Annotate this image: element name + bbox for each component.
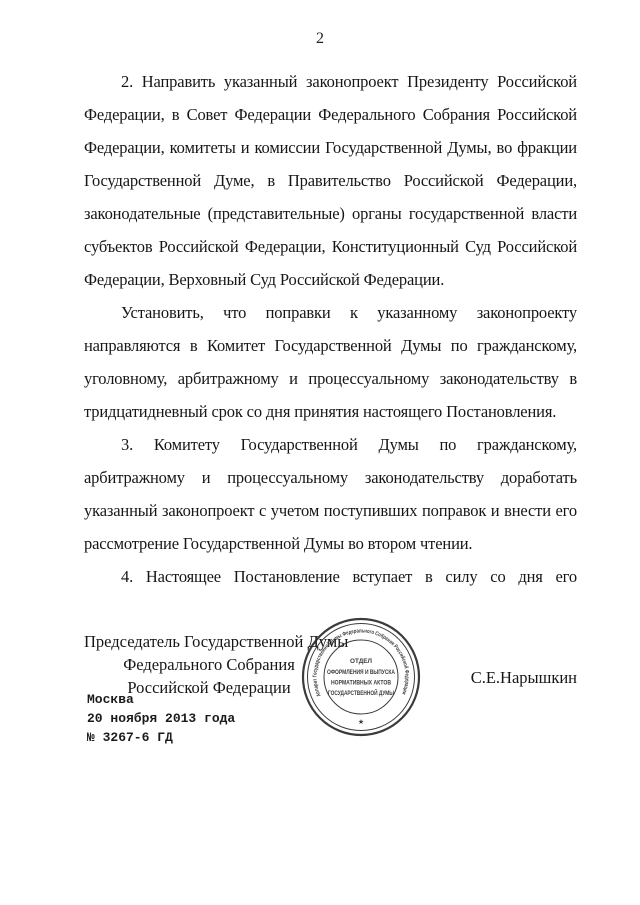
- document-page: 2 2. Направить указанный законопроект Пр…: [0, 0, 640, 905]
- doc-line: Государственной Думе, в Правительство Ро…: [84, 164, 577, 197]
- signature-title-line: Федерального Собрания: [84, 653, 334, 676]
- official-stamp-icon: Аппарат Государственной Думы Федеральног…: [300, 616, 422, 738]
- stamp-center-line: НОРМАТИВНЫХ АКТОВ: [331, 680, 391, 687]
- doc-line: Федерации, в Совет Федерации Федеральног…: [84, 98, 577, 131]
- doc-line: арбитражному и процессуальному законодат…: [84, 461, 577, 494]
- stamp-center-line: ОТДЕЛ: [350, 658, 373, 665]
- page-number: 2: [0, 30, 640, 48]
- doc-line: Федерации, комитеты и комиссии Государст…: [84, 131, 577, 164]
- doc-line: Федерации, Верховный Суд Российской Феде…: [84, 263, 577, 296]
- stamp-inner-circle: [324, 640, 398, 714]
- doc-line: тридцатидневный срок со дня принятия нас…: [84, 395, 577, 428]
- footer-date: 20 ноября 2013 года: [87, 709, 235, 728]
- footer-city: Москва: [87, 690, 235, 709]
- footer-block: Москва 20 ноября 2013 года № 3267-6 ГД: [87, 690, 235, 747]
- stamp-center-line: ОФОРМЛЕНИЯ И ВЫПУСКА: [327, 669, 395, 676]
- stamp-center-line: ГОСУДАРСТВЕННОЙ ДУМЫ: [328, 688, 394, 697]
- signature-title-line: Председатель Государственной Думы: [84, 630, 334, 653]
- stamp-star-icon: ★: [358, 718, 364, 726]
- document-body: 2. Направить указанный законопроект През…: [84, 65, 577, 593]
- doc-line: субъектов Российской Федерации, Конститу…: [84, 230, 577, 263]
- footer-doc-number: № 3267-6 ГД: [87, 728, 235, 747]
- doc-line: рассмотрение Государственной Думы во вто…: [84, 527, 577, 560]
- doc-line: уголовному, арбитражному и процессуально…: [84, 362, 577, 395]
- signature-title-block: Председатель Государственной ДумыФедерал…: [84, 630, 334, 699]
- doc-line: законодательные (представительные) орган…: [84, 197, 577, 230]
- doc-line: 4. Настоящее Постановление вступает в си…: [84, 560, 577, 593]
- doc-line: Установить, что поправки к указанному за…: [84, 296, 577, 329]
- doc-line: направляются в Комитет Государственной Д…: [84, 329, 577, 362]
- stamp-outer-circle: [303, 619, 419, 735]
- doc-line: 2. Направить указанный законопроект През…: [84, 65, 577, 98]
- doc-line: указанный законопроект с учетом поступив…: [84, 494, 577, 527]
- signature-name: С.Е.Нарышкин: [471, 668, 577, 688]
- doc-line: 3. Комитету Государственной Думы по граж…: [84, 428, 577, 461]
